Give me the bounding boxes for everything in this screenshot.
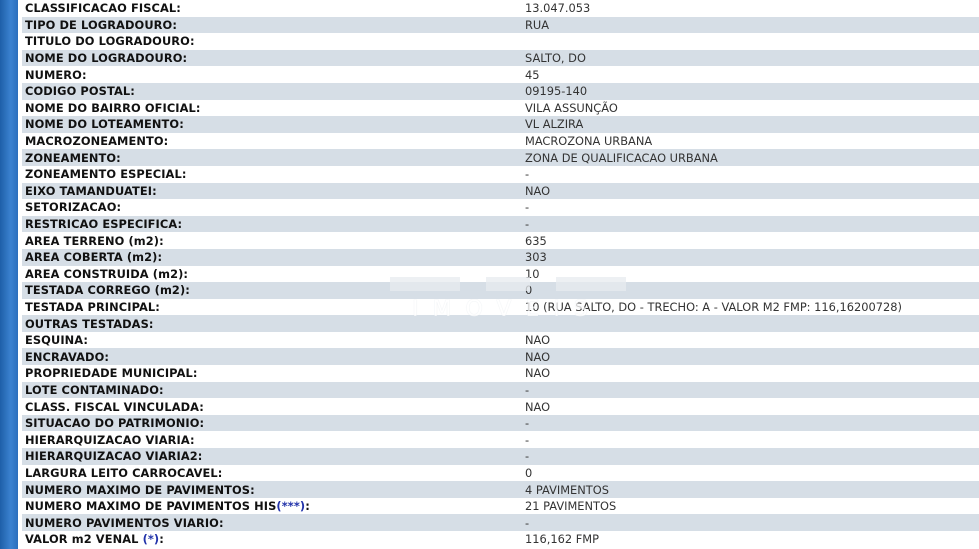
field-value: 635 <box>525 234 547 248</box>
property-details-table: CLASSIFICACAO FISCAL:13.047.053TIPO DE L… <box>22 0 979 548</box>
table-row: NOME DO LOGRADOURO:SALTO, DO <box>22 50 979 67</box>
field-value: NAO <box>525 366 550 380</box>
field-value: VL ALZIRA <box>525 117 583 131</box>
field-label-text: PROPRIEDADE MUNICIPAL: <box>25 366 198 380</box>
table-row: AREA COBERTA (m2):303 <box>22 249 979 266</box>
field-label-suffix: : <box>159 532 164 546</box>
field-label-text: NOME DO BAIRRO OFICIAL: <box>25 101 201 115</box>
field-value: 4 PAVIMENTOS <box>525 483 609 497</box>
table-row: NOME DO BAIRRO OFICIAL:VILA ASSUNÇÃO <box>22 100 979 117</box>
field-label-text: ZONEAMENTO: <box>25 151 121 165</box>
field-label-text: HIERARQUIZACAO VIARIA2: <box>25 449 202 463</box>
field-value: 09195-140 <box>525 84 587 98</box>
field-value: NAO <box>525 333 550 347</box>
table-row: TITULO DO LOGRADOURO: <box>22 33 979 50</box>
table-row: LARGURA LEITO CARROCAVEL:0 <box>22 465 979 482</box>
table-row: AREA TERRENO (m2):635 <box>22 232 979 249</box>
field-value: - <box>525 383 529 397</box>
field-label: ENCRAVADO: <box>22 350 525 364</box>
field-label-text: VALOR m2 VENAL <box>25 532 143 546</box>
field-label-text: NUMERO PAVIMENTOS VIARIO: <box>25 516 224 530</box>
field-label: HIERARQUIZACAO VIARIA2: <box>22 449 525 463</box>
table-row: TIPO DE LOGRADOURO:RUA <box>22 17 979 34</box>
table-row: VALOR m2 VENAL (*):116,162 FMP <box>22 531 979 548</box>
table-row: SITUACAO DO PATRIMONIO:- <box>22 415 979 432</box>
field-value: 21 PAVIMENTOS <box>525 499 616 513</box>
table-row: PROPRIEDADE MUNICIPAL:NAO <box>22 365 979 382</box>
field-label: AREA COBERTA (m2): <box>22 250 525 264</box>
table-row: RESTRICAO ESPECIFICA:- <box>22 216 979 233</box>
field-label-text: AREA TERRENO (m2): <box>25 234 164 248</box>
table-row: CODIGO POSTAL:09195-140 <box>22 83 979 100</box>
table-row: ENCRAVADO:NAO <box>22 348 979 365</box>
field-label: HIERARQUIZACAO VIARIA: <box>22 433 525 447</box>
table-row: LOTE CONTAMINADO:- <box>22 382 979 399</box>
field-label: ZONEAMENTO ESPECIAL: <box>22 167 525 181</box>
table-row: ZONEAMENTO:ZONA DE QUALIFICACAO URBANA <box>22 149 979 166</box>
field-value: 303 <box>525 250 547 264</box>
field-label-text: NUMERO MAXIMO DE PAVIMENTOS: <box>25 483 255 497</box>
field-label: MACROZONEAMENTO: <box>22 134 525 148</box>
field-label: ZONEAMENTO: <box>22 151 525 165</box>
table-row: OUTRAS TESTADAS: <box>22 315 979 332</box>
field-label: OUTRAS TESTADAS: <box>22 317 525 331</box>
field-label: CODIGO POSTAL: <box>22 84 525 98</box>
field-value: 13.047.053 <box>525 1 590 15</box>
field-label: SITUACAO DO PATRIMONIO: <box>22 416 525 430</box>
field-label-text: ZONEAMENTO ESPECIAL: <box>25 167 186 181</box>
field-value: - <box>525 200 529 214</box>
field-label: TESTADA CORREGO (m2): <box>22 283 525 297</box>
field-label: EIXO TAMANDUATEI: <box>22 184 525 198</box>
field-label: TIPO DE LOGRADOURO: <box>22 18 525 32</box>
field-label: TESTADA PRINCIPAL: <box>22 300 525 314</box>
field-value: NAO <box>525 400 550 414</box>
table-row: SETORIZACAO:- <box>22 199 979 216</box>
field-value: MACROZONA URBANA <box>525 134 652 148</box>
field-label-text: TESTADA PRINCIPAL: <box>25 300 160 314</box>
table-row: CLASSIFICACAO FISCAL:13.047.053 <box>22 0 979 17</box>
field-label-text: HIERARQUIZACAO VIARIA: <box>25 433 195 447</box>
field-value: - <box>525 449 529 463</box>
field-label: PROPRIEDADE MUNICIPAL: <box>22 366 525 380</box>
field-label: NOME DO LOGRADOURO: <box>22 51 525 65</box>
field-value: - <box>525 167 529 181</box>
field-label-text: NUMERO MAXIMO DE PAVIMENTOS HIS <box>25 499 276 513</box>
field-label: LOTE CONTAMINADO: <box>22 383 525 397</box>
table-row: TESTADA CORREGO (m2):0 <box>22 282 979 299</box>
field-label-text: EIXO TAMANDUATEI: <box>25 184 157 198</box>
field-value: - <box>525 416 529 430</box>
field-label: RESTRICAO ESPECIFICA: <box>22 217 525 231</box>
field-label-text: NUMERO: <box>25 68 87 82</box>
field-value: SALTO, DO <box>525 51 586 65</box>
field-value: 45 <box>525 68 540 82</box>
field-label-text: NOME DO LOGRADOURO: <box>25 51 187 65</box>
table-row: ZONEAMENTO ESPECIAL:- <box>22 166 979 183</box>
field-label-text: MACROZONEAMENTO: <box>25 134 168 148</box>
field-label-text: LOTE CONTAMINADO: <box>25 383 164 397</box>
field-label: AREA CONSTRUIDA (m2): <box>22 267 525 281</box>
table-row: HIERARQUIZACAO VIARIA2:- <box>22 448 979 465</box>
field-label: NOME DO LOTEAMENTO: <box>22 117 525 131</box>
field-label-text: ESQUINA: <box>25 333 88 347</box>
footnote-marker: (*) <box>143 532 160 546</box>
field-label-text: OUTRAS TESTADAS: <box>25 317 154 331</box>
field-value: ZONA DE QUALIFICACAO URBANA <box>525 151 718 165</box>
field-label: ESQUINA: <box>22 333 525 347</box>
field-label: NUMERO PAVIMENTOS VIARIO: <box>22 516 525 530</box>
field-value: 0 <box>525 466 532 480</box>
field-label: NUMERO: <box>22 68 525 82</box>
field-value: 10 <box>525 267 540 281</box>
field-label-text: SETORIZACAO: <box>25 200 121 214</box>
field-value: - <box>525 433 529 447</box>
field-label: AREA TERRENO (m2): <box>22 234 525 248</box>
field-label-text: SITUACAO DO PATRIMONIO: <box>25 416 204 430</box>
table-row: NUMERO MAXIMO DE PAVIMENTOS:4 PAVIMENTOS <box>22 481 979 498</box>
field-value: NAO <box>525 350 550 364</box>
field-label: NOME DO BAIRRO OFICIAL: <box>22 101 525 115</box>
table-row: CLASS. FISCAL VINCULADA:NAO <box>22 398 979 415</box>
left-sidebar-bar <box>0 0 18 549</box>
field-label-text: LARGURA LEITO CARROCAVEL: <box>25 466 222 480</box>
field-label-text: AREA CONSTRUIDA (m2): <box>25 267 188 281</box>
table-row: MACROZONEAMENTO:MACROZONA URBANA <box>22 133 979 150</box>
field-label: CLASSIFICACAO FISCAL: <box>22 1 525 15</box>
field-label-text: TITULO DO LOGRADOURO: <box>25 34 195 48</box>
table-row: NUMERO:45 <box>22 66 979 83</box>
table-row: EIXO TAMANDUATEI:NAO <box>22 183 979 200</box>
field-label-text: RESTRICAO ESPECIFICA: <box>25 217 182 231</box>
field-label-text: ENCRAVADO: <box>25 350 109 364</box>
table-row: NUMERO MAXIMO DE PAVIMENTOS HIS(***):21 … <box>22 498 979 515</box>
field-label: SETORIZACAO: <box>22 200 525 214</box>
footnote-marker: (***) <box>276 499 305 513</box>
field-label-text: NOME DO LOTEAMENTO: <box>25 117 184 131</box>
field-label: LARGURA LEITO CARROCAVEL: <box>22 466 525 480</box>
field-label-text: CLASSIFICACAO FISCAL: <box>25 1 181 15</box>
field-label-text: AREA COBERTA (m2): <box>25 250 162 264</box>
field-value: - <box>525 217 529 231</box>
field-value: 0 <box>525 283 532 297</box>
field-label: NUMERO MAXIMO DE PAVIMENTOS HIS(***): <box>22 499 525 513</box>
field-label: NUMERO MAXIMO DE PAVIMENTOS: <box>22 483 525 497</box>
table-row: AREA CONSTRUIDA (m2):10 <box>22 266 979 283</box>
field-value: RUA <box>525 18 549 32</box>
field-label: VALOR m2 VENAL (*): <box>22 532 525 546</box>
field-label: TITULO DO LOGRADOURO: <box>22 34 525 48</box>
table-row: HIERARQUIZACAO VIARIA:- <box>22 431 979 448</box>
table-row: ESQUINA:NAO <box>22 332 979 349</box>
field-label-text: TESTADA CORREGO (m2): <box>25 283 190 297</box>
field-value: 116,162 FMP <box>525 532 599 546</box>
field-label-suffix: : <box>305 499 310 513</box>
table-row: NOME DO LOTEAMENTO:VL ALZIRA <box>22 116 979 133</box>
field-label-text: CLASS. FISCAL VINCULADA: <box>25 400 204 414</box>
field-label-text: TIPO DE LOGRADOURO: <box>25 18 177 32</box>
field-label-text: CODIGO POSTAL: <box>25 84 135 98</box>
field-value: - <box>525 516 529 530</box>
field-value: 10 (RUA SALTO, DO - TRECHO: A - VALOR M2… <box>525 300 902 314</box>
field-value: NAO <box>525 184 550 198</box>
field-value: VILA ASSUNÇÃO <box>525 101 618 115</box>
table-row: TESTADA PRINCIPAL:10 (RUA SALTO, DO - TR… <box>22 299 979 316</box>
field-label: CLASS. FISCAL VINCULADA: <box>22 400 525 414</box>
table-row: NUMERO PAVIMENTOS VIARIO:- <box>22 514 979 531</box>
